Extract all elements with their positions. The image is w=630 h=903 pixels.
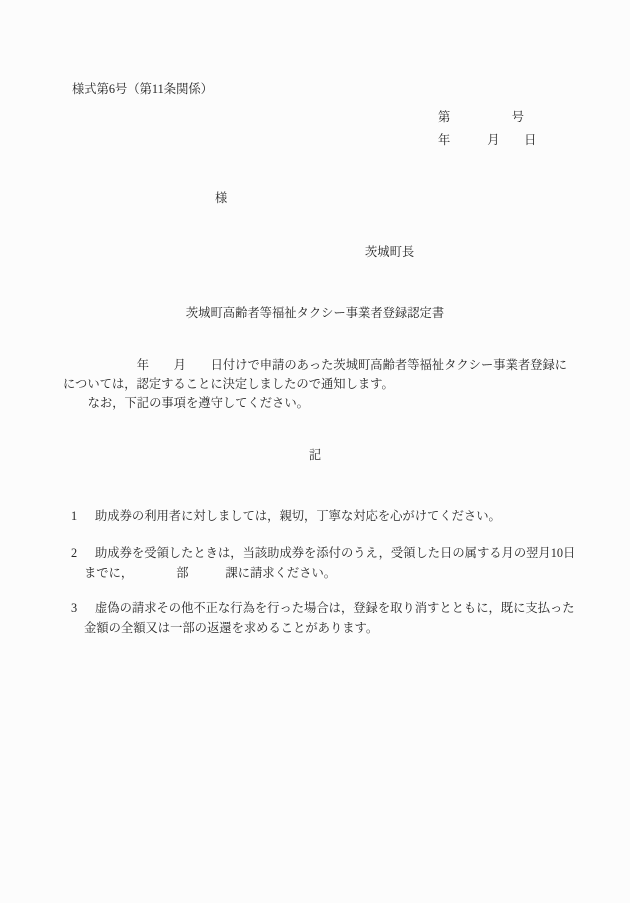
item-line: 助成券を受領したときは，当該助成券を添付のうえ，受領した日の属する月の翌月10日 — [95, 546, 575, 561]
item-line: 助成券の利用者に対しましては，親切，丁寧な対応を心がけてください。 — [95, 509, 501, 524]
item-line: までに， 部 課に請求ください。 — [84, 566, 336, 581]
form-number: 様式第6号（第11条関係） — [72, 82, 213, 97]
item-number: 1 — [71, 509, 77, 524]
item-number: 3 — [71, 601, 77, 616]
addressee-honorific: 様 — [215, 191, 227, 206]
document-page: 様式第6号（第11条関係） 第 号 年 月 日 様 茨城町長 茨城町高齢者等福祉… — [0, 0, 630, 903]
item-number: 2 — [71, 546, 77, 561]
document-title: 茨城町高齢者等福祉タクシー事業者登録認定書 — [0, 306, 630, 321]
list-heading: 記 — [0, 448, 630, 463]
item-line: 虚偽の請求その他不正な行為を行った場合は，登録を取り消すとともに，既に支払った — [95, 601, 575, 616]
body-line-3: なお，下記の事項を遵守してください。 — [63, 396, 309, 411]
body-line-2: については，認定することに決定しましたので通知します。 — [63, 377, 394, 392]
document-number-line: 第 号 — [438, 110, 524, 125]
issue-date-line: 年 月 日 — [438, 133, 536, 148]
body-line-1: 年 月 日付けで申請のあった茨城町高齢者等福祉タクシー事業者登録に — [63, 358, 567, 373]
item-line: 金額の全額又は一部の返還を求めることがあります。 — [84, 621, 378, 636]
sender-title: 茨城町長 — [365, 245, 414, 260]
